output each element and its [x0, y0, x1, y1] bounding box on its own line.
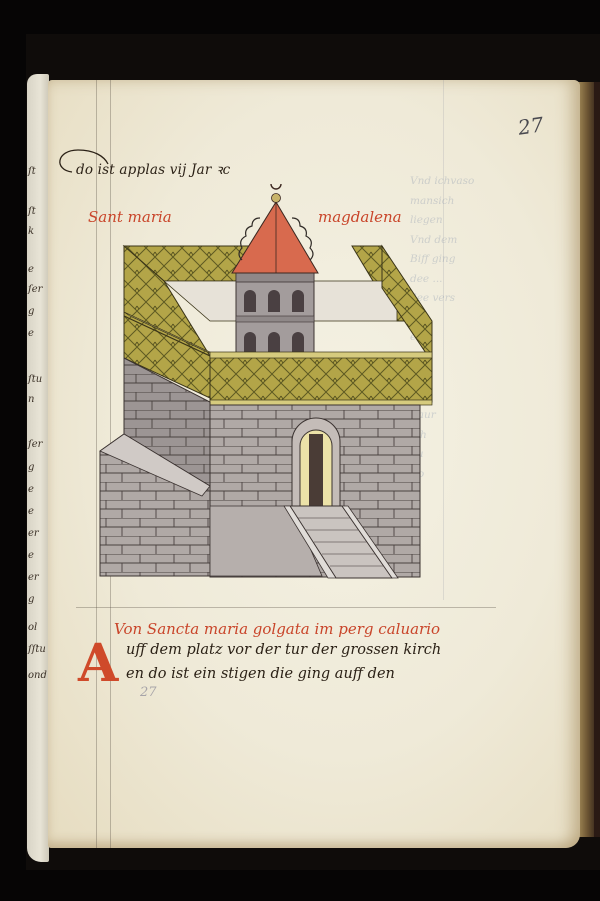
church-illustration — [92, 176, 437, 596]
text-line: uff dem platz vor der tur der grossen ki… — [126, 642, 441, 658]
rubric-text: Von Sancta maria golgata im perg caluari… — [114, 620, 440, 638]
verso-fragment: g — [28, 594, 34, 605]
verso-fragment: g — [28, 306, 34, 317]
verso-fragment: ol — [28, 622, 37, 633]
verso-fragment: ſer — [28, 439, 42, 450]
front-parapet — [210, 352, 432, 405]
verso-fragment: e — [28, 484, 34, 495]
decorated-initial: A — [78, 638, 118, 690]
verso-fragment: ond — [28, 670, 47, 681]
verso-leaf-edge: ſt ſt k e ſer g e ſtu n ſer g e e er e e… — [27, 74, 49, 862]
verso-fragment: ſtu — [28, 374, 42, 385]
verso-fragment: n — [28, 394, 34, 405]
ruling-line-horizontal — [76, 607, 496, 608]
folio-number: 27 — [516, 112, 545, 139]
verso-fragment: e — [28, 264, 34, 275]
rubric-heading: Von Sancta maria golgata im perg caluari… — [84, 620, 440, 638]
verso-fragment: g — [28, 462, 34, 473]
verso-fragment: k — [28, 226, 34, 237]
verso-fragment: e — [28, 506, 34, 517]
text-line: en do ist ein stigen die ging auff den — [126, 666, 395, 682]
verso-fragment: e — [28, 550, 34, 561]
verso-fragment: ſt — [28, 166, 36, 177]
pencil-folio-mark: 27 — [140, 685, 157, 700]
verso-fragment: er — [28, 528, 39, 539]
verso-fragment: e — [28, 328, 34, 339]
verso-fragment: ſer — [28, 284, 42, 295]
rotunda-tower — [232, 184, 318, 362]
manuscript-page: 27 Vnd ichvaso mansich liegen Vnd dem Bi… — [48, 80, 580, 848]
verso-fragment: er — [28, 572, 39, 583]
verso-fragment: ſſtu — [28, 644, 46, 655]
crescent-finial — [271, 184, 281, 189]
verso-fragment: ſt — [28, 206, 36, 217]
